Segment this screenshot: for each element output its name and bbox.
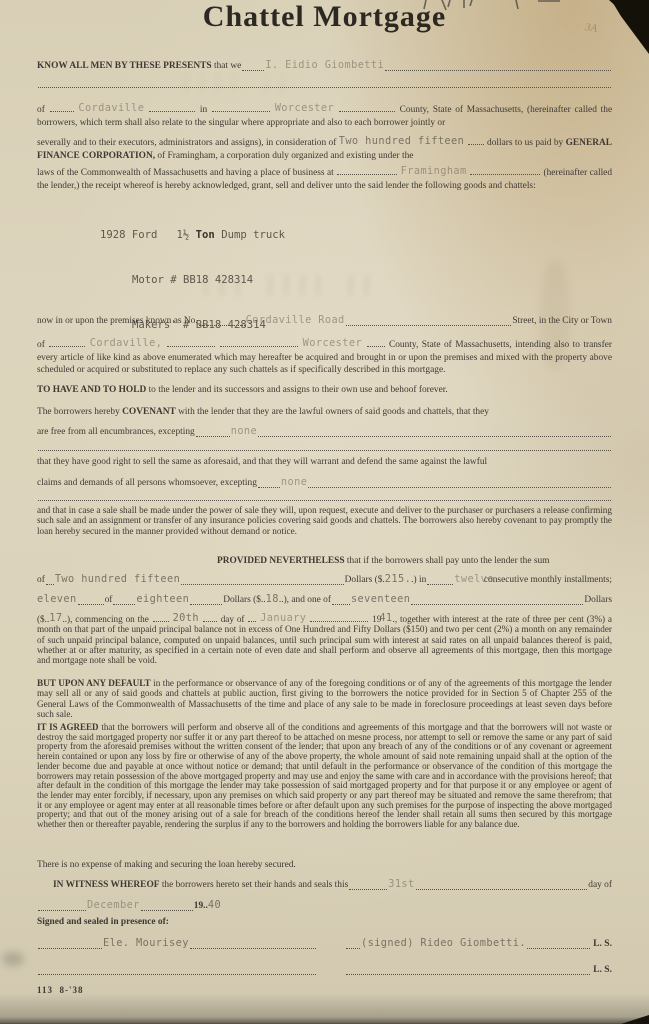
legal-text: ..), and one of (279, 594, 331, 607)
legal-text: in (200, 105, 207, 115)
default-clause: BUT UPON ANY DEFAULT in the performance … (37, 678, 612, 719)
typed-witness-name: Ele. Mourisey (103, 937, 189, 950)
dotted-leader (38, 497, 611, 501)
dotted-leader (190, 945, 316, 949)
legal-text: KNOW ALL MEN BY THESE PRESENTS (37, 60, 212, 73)
typed-premises-town: Cordaville, (90, 337, 163, 349)
typed-county: Worcester (275, 102, 334, 114)
stain-left-bottom (2, 952, 24, 966)
dotted-leader (349, 886, 387, 890)
typed-town: Cordaville (78, 102, 144, 114)
interest-paragraph: ($..17..), commencing on the 20th day of… (37, 614, 612, 665)
typed-chattel-text: Dump truck (215, 229, 285, 241)
signature-row-2: L. S. (37, 964, 612, 977)
typed-witness-month: December (87, 899, 140, 912)
typed-amount-num: 215. (385, 573, 411, 586)
legal-text: of (37, 574, 45, 587)
dotted-leader (242, 67, 264, 71)
typed-per-words: eighteen (136, 593, 189, 606)
legal-text: of (37, 105, 45, 115)
legal-text: day of (221, 614, 245, 624)
legal-text: day of (588, 879, 612, 892)
legal-text: ..), commencing on the (62, 614, 148, 624)
typed-amount-words-2: Two hundred fifteen (55, 573, 180, 586)
have-and-hold-clause: TO HAVE AND TO HOLD to the lender and it… (37, 384, 612, 397)
dotted-leader (199, 322, 245, 326)
typed-premises-county: Worcester (303, 337, 362, 349)
page-bottom-edge (0, 1017, 649, 1024)
legal-text: to us paid by (515, 138, 563, 148)
premises-location-paragraph: of Cordaville, Worcester County, State o… (37, 338, 612, 377)
chattel-line-1: 1928 Ford 1½ Ton Dump truck (100, 228, 520, 243)
legal-text: .) in (411, 574, 426, 587)
dotted-leader (367, 343, 385, 347)
legal-text: to the lender and its successors and ass… (149, 385, 448, 395)
legal-text: and that in case a sale shall be made un… (37, 505, 612, 536)
dotted-leader (416, 886, 588, 890)
typed-final-words: seventeen (351, 593, 410, 606)
legal-text: laws of the Commonwealth of Massachusett… (37, 168, 334, 178)
legal-text: Dollars ($.. (223, 594, 265, 607)
dotted-leader (38, 84, 611, 88)
dotted-leader (468, 141, 484, 145)
typed-installments: twelve (454, 573, 494, 586)
dotted-leader (141, 907, 193, 911)
provided-line: PROVIDED NEVERTHELESS that if the borrow… (37, 555, 612, 568)
legal-text: are free from all encumbrances, exceptin… (37, 426, 195, 439)
dotted-leader (258, 484, 280, 488)
legal-text: Dollars (584, 594, 612, 607)
seal-label: L. S. (593, 938, 612, 951)
legal-text: TO HAVE AND TO HOLD (37, 385, 146, 395)
legal-text: PROVIDED NEVERTHELESS (217, 556, 345, 566)
blank-dotted-line (37, 84, 612, 90)
chattel-line-2: Motor # BB18 428314 (100, 273, 520, 288)
form-number: 113 8-'38 (37, 984, 612, 997)
legal-text: that we (214, 60, 241, 73)
legal-text: of (37, 340, 45, 350)
legal-text: IN WITNESS WHEREOF (53, 879, 159, 892)
legal-text: that the borrowers will perform and obse… (37, 722, 612, 829)
no-expense-line: There is no expense of making and securi… (37, 859, 612, 872)
dotted-leader (385, 67, 611, 71)
dotted-leader (308, 484, 611, 488)
dotted-leader (346, 945, 360, 949)
dotted-leader (38, 945, 102, 949)
typed-count-words: eleven (37, 593, 77, 606)
dotted-leader (527, 945, 590, 949)
good-right-line: that they have good right to sell the sa… (37, 456, 612, 469)
opening-line: KNOW ALL MEN BY THESE PRESENTS that we I… (37, 60, 612, 73)
dotted-leader (212, 108, 270, 112)
agreed-clause: IT IS AGREED that the borrowers will per… (37, 723, 612, 830)
dotted-leader (167, 343, 215, 347)
premises-line: now in or upon the premises known as No.… (37, 315, 612, 328)
claims-line: claims and demands of all persons whomso… (37, 477, 612, 490)
legal-text: There is no expense of making and securi… (37, 860, 296, 870)
signature-row-1: Ele. Mourisey (signed) Rideo Giombetti. … (37, 938, 612, 951)
legal-text: The borrowers hereby (37, 407, 120, 417)
dotted-leader (339, 108, 395, 112)
date-line: December 19.. 40 (37, 900, 327, 913)
scanned-document-page: ||| |||| || |||| || Chattel Mortgage 3A … (0, 0, 649, 1024)
typed-start-year: 41 (379, 612, 392, 624)
presence-label: Signed and sealed in presence of: (37, 916, 612, 929)
legal-text: that if the borrowers shall pay unto the… (347, 556, 550, 566)
typed-witness-day: 31st (388, 878, 414, 891)
amount-line: of Two hundred fifteen Dollars ($. 215. … (37, 574, 612, 587)
dotted-leader (153, 618, 169, 622)
legal-text: consecutive monthly installments; (484, 574, 612, 587)
lender-place-paragraph: laws of the Commonwealth of Massachusett… (37, 166, 612, 192)
typed-amount-words: Two hundred fifteen (339, 135, 464, 147)
dotted-leader (203, 618, 217, 622)
dotted-leader (337, 171, 397, 175)
typed-borrower-name: I. Eidio Giombetti (265, 59, 384, 72)
dotted-leader (332, 601, 350, 605)
legal-text: Street, in the City or Town (512, 315, 612, 328)
dotted-leader (346, 971, 590, 975)
bleedthrough-ghost-text-2: |||| || (180, 70, 292, 94)
dotted-leader (427, 581, 453, 585)
typed-encumbrances: none (231, 425, 257, 438)
dotted-leader (38, 971, 316, 975)
legal-text: of Framingham, a corporation duly organi… (157, 151, 413, 161)
blank-dotted-line (37, 447, 612, 453)
dotted-leader (113, 601, 135, 605)
legal-text: of (105, 594, 113, 607)
legal-text: ($.. (37, 614, 49, 624)
dotted-leader (196, 433, 230, 437)
typed-overstrike: Ton (196, 229, 215, 241)
legal-text: now in or upon the premises known as No. (37, 315, 198, 328)
legal-text: with the lender that they are the lawful… (178, 407, 489, 417)
typed-witness-year: 40 (208, 899, 221, 912)
dotted-leader (181, 581, 343, 585)
dotted-leader (258, 433, 611, 437)
borrower-location-paragraph: of Cordaville in Worcester County, State… (37, 103, 612, 129)
legal-text: that they have good right to sell the sa… (37, 457, 487, 467)
installment-line: eleven of eighteen Dollars ($.. 18 ..), … (37, 594, 612, 607)
dotted-leader (38, 447, 611, 451)
seal-label-2: L. S. (593, 964, 612, 977)
dotted-leader (46, 581, 54, 585)
dotted-leader (470, 171, 540, 175)
legal-text: COVENANT (122, 407, 176, 417)
dotted-leader (310, 618, 368, 622)
sale-clause: and that in case a sale shall be made un… (37, 505, 612, 536)
typed-final-num: 17 (49, 612, 62, 624)
document-title: Chattel Mortgage (0, 0, 649, 34)
dotted-leader (149, 108, 195, 112)
legal-text: claims and demands of all persons whomso… (37, 477, 257, 490)
legal-text: dollars (487, 138, 513, 148)
typed-signature: (signed) Rideo Giombetti. (361, 937, 526, 950)
dotted-leader (346, 322, 512, 326)
dotted-leader (411, 601, 583, 605)
legal-text: the borrowers hereto set their hands and… (162, 879, 348, 892)
typed-street: Cordaville Road (246, 314, 345, 327)
legal-text: Dollars ($. (345, 574, 385, 587)
blank-dotted-line (37, 497, 612, 503)
witness-line: IN WITNESS WHEREOF the borrowers hereto … (37, 879, 612, 892)
legal-text: BUT UPON ANY DEFAULT (37, 678, 151, 688)
dotted-leader (50, 108, 74, 112)
typed-chattel-text: 1928 Ford 1½ (100, 229, 196, 241)
dotted-leader (49, 343, 85, 347)
consideration-paragraph: severally and to their executors, admini… (37, 136, 612, 162)
legal-text: severally and to their executors, admini… (37, 138, 336, 148)
legal-text: 19.. (194, 900, 208, 913)
typed-per-num: 18 (266, 593, 279, 606)
legal-text: Signed and sealed in presence of: (37, 917, 169, 927)
typed-business-place: Framingham (401, 165, 467, 177)
typed-start-day: 20th (173, 612, 199, 624)
dotted-leader (190, 601, 222, 605)
typed-claims-excepting: none (281, 476, 307, 489)
dotted-leader (78, 601, 104, 605)
dotted-leader (248, 618, 256, 622)
encumbrances-line: are free from all encumbrances, exceptin… (37, 426, 612, 439)
typed-start-month: January (260, 612, 306, 624)
legal-text: IT IS AGREED (37, 722, 99, 732)
dotted-leader (220, 343, 298, 347)
covenant-line: The borrowers hereby COVENANT with the l… (37, 406, 612, 419)
dotted-leader (38, 907, 86, 911)
corner-pencil-note: 3A (584, 21, 598, 35)
